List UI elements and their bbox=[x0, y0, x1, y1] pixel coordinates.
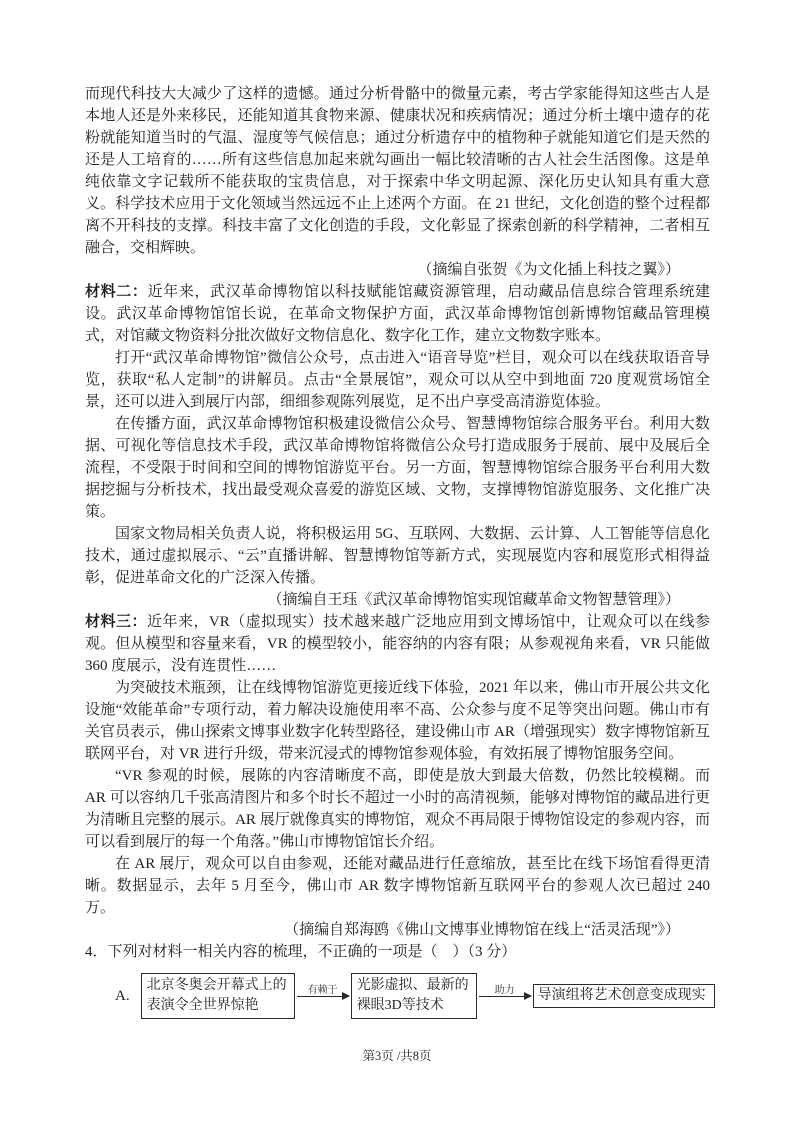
material3-intro-paragraph: 材料三：近年来，VR（虚拟现实）技术越来越广泛地应用到文博场馆中，让观众可以在线… bbox=[85, 611, 710, 677]
arrow-line bbox=[479, 996, 531, 997]
material2-intro-paragraph: 材料二：近年来，武汉革命博物馆以科技赋能馆藏资源管理，启动藏品信息综合管理系统建… bbox=[85, 281, 710, 347]
arrow-right-icon: 有赖于 bbox=[297, 996, 349, 997]
material3-label: 材料三： bbox=[85, 614, 147, 630]
material3-paragraph-3: “VR 参观的时候，展陈的内容清晰度不高，即使是放大到最大倍数，仍然比较模糊。而… bbox=[85, 765, 710, 853]
material3-paragraph-4: 在 AR 展厅，观众可以自由参观，还能对藏品进行任意缩放，甚至比在线下场馆看得更… bbox=[85, 853, 710, 919]
material2-label: 材料二： bbox=[85, 284, 148, 300]
question-4-stem: 4．下列对材料一相关内容的梳理，不正确的一项是（ ）（3 分） bbox=[85, 941, 710, 963]
material2-attribution: （摘编自王珏《武汉革命博物馆实现馆藏革命文物智慧管理》） bbox=[85, 589, 710, 611]
option-a-label: A. bbox=[115, 988, 130, 1005]
diagram-box-1: 北京冬奥会开幕式上的表演令全世界惊艳 bbox=[141, 973, 295, 1019]
material2-p1-text: 近年来，武汉革命博物馆以科技赋能馆藏资源管理，启动藏品信息综合管理系统建设。武汉… bbox=[85, 284, 710, 344]
material1-body-paragraph: 而现代科技大大减少了这样的遗憾。通过分析骨骼中的微量元素，考古学家能得知这些古人… bbox=[85, 83, 710, 259]
exam-page: 而现代科技大大减少了这样的遗憾。通过分析骨骼中的微量元素，考古学家能得知这些古人… bbox=[0, 0, 794, 1122]
material3-p1-text: 近年来，VR（虚拟现实）技术越来越广泛地应用到文博场馆中，让观众可以在线参观。但… bbox=[85, 614, 710, 674]
material1-attribution: （摘编自张贺《为文化插上科技之翼》） bbox=[85, 259, 710, 281]
text-content: 而现代科技大大减少了这样的遗憾。通过分析骨骼中的微量元素，考古学家能得知这些古人… bbox=[85, 83, 710, 1019]
arrow-right-icon: 助力 bbox=[479, 996, 531, 997]
material3-paragraph-2: 为突破技术瓶颈，让在线博物馆游览更接近线下体验，2021 年以来，佛山市开展公共… bbox=[85, 677, 710, 765]
material2-paragraph-2: 打开“武汉革命博物馆”微信公众号，点击进入“语音导览”栏目，观众可以在线获取语音… bbox=[85, 347, 710, 413]
diagram-box-3: 导演组将艺术创意变成现实 bbox=[533, 984, 715, 1008]
option-a-flow-diagram: A. 北京冬奥会开幕式上的表演令全世界惊艳 有赖于 光影虚拟、最新的裸眼3D等技… bbox=[115, 973, 710, 1019]
arrow-line bbox=[297, 996, 349, 997]
material2-paragraph-3: 在传播方面，武汉革命博物馆积极建设微信公众号、智慧博物馆综合服务平台。利用大数据… bbox=[85, 413, 710, 523]
material3-attribution: （摘编自郑海鸥《佛山文博事业博物馆在线上“活灵活现”》） bbox=[85, 919, 710, 941]
page-number-footer: 第3页 /共8页 bbox=[0, 1046, 794, 1064]
diagram-box-2: 光影虚拟、最新的裸眼3D等技术 bbox=[351, 973, 477, 1019]
material2-paragraph-4: 国家文物局相关负责人说，将积极运用 5G、互联网、大数据、云计算、人工智能等信息… bbox=[85, 523, 710, 589]
